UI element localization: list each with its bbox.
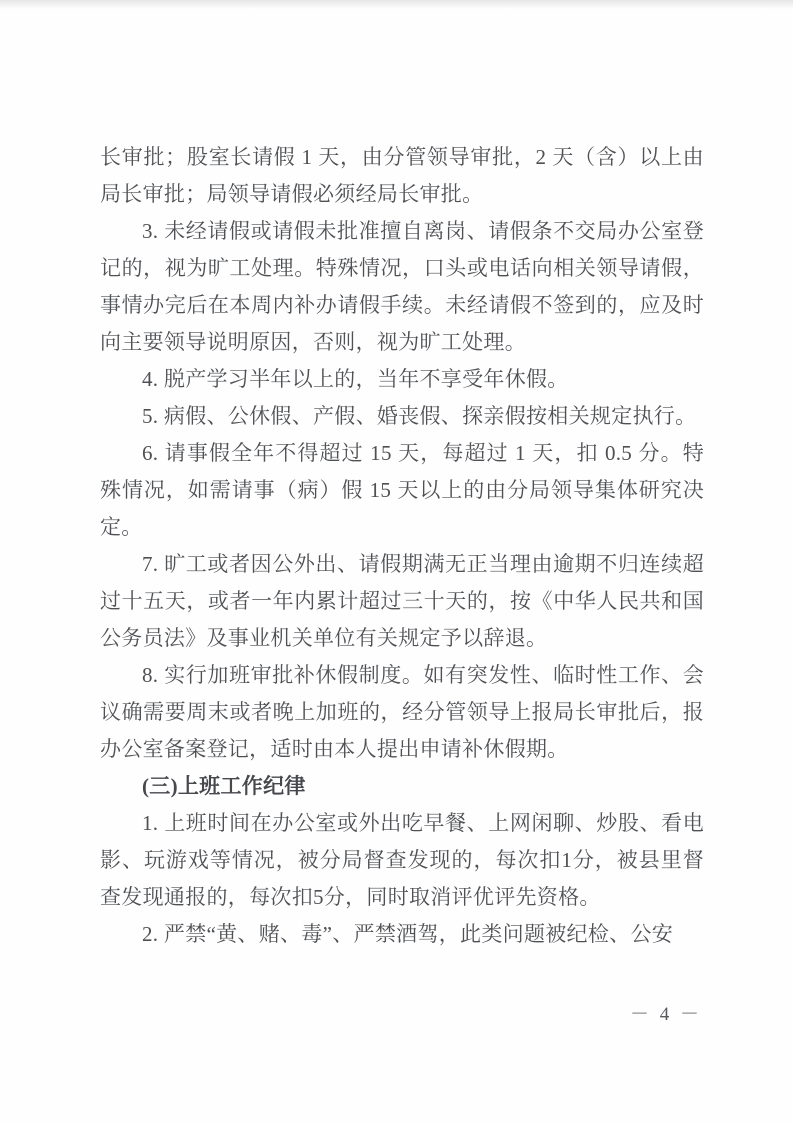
paragraph-item-4: 4. 脱产学习半年以上的，当年不享受年休假。 — [100, 361, 704, 398]
section-heading-work-discipline: (三)上班工作纪律 — [100, 768, 704, 805]
paragraph-item-7: 7. 旷工或者因公外出、请假期满无正当理由逾期不归连续超过十五天，或者一年内累计… — [100, 546, 704, 657]
paragraph-item-6: 6. 请事假全年不得超过 15 天，每超过 1 天，扣 0.5 分。特殊情况，如… — [100, 435, 704, 546]
paragraph-item-5: 5. 病假、公休假、产假、婚丧假、探亲假按相关规定执行。 — [100, 398, 704, 435]
paragraph-discipline-item-1: 1. 上班时间在办公室或外出吃早餐、上网闲聊、炒股、看电影、玩游戏等情况，被分局… — [100, 805, 704, 916]
scanned-document-page: 长审批；股室长请假 1 天，由分管领导审批，2 天（含）以上由局长审批；局领导请… — [0, 0, 793, 1122]
paragraph-item-3: 3. 未经请假或请假未批准擅自离岗、请假条不交局办公室登记的，视为旷工处理。特殊… — [100, 213, 704, 361]
paragraph-discipline-item-2: 2. 严禁“黄、赌、毒”、严禁酒驾，此类问题被纪检、公安 — [100, 916, 704, 953]
paragraph-continued-from-previous-page: 长审批；股室长请假 1 天，由分管领导审批，2 天（含）以上由局长审批；局领导请… — [100, 139, 704, 213]
paragraph-item-8: 8. 实行加班审批补休假制度。如有突发性、临时性工作、会议确需要周末或者晚上加班… — [100, 657, 704, 768]
page-number: － 4 － — [606, 1002, 726, 1028]
scan-edge-shadow — [0, 0, 793, 9]
document-body-text: 长审批；股室长请假 1 天，由分管领导审批，2 天（含）以上由局长审批；局领导请… — [100, 139, 704, 953]
